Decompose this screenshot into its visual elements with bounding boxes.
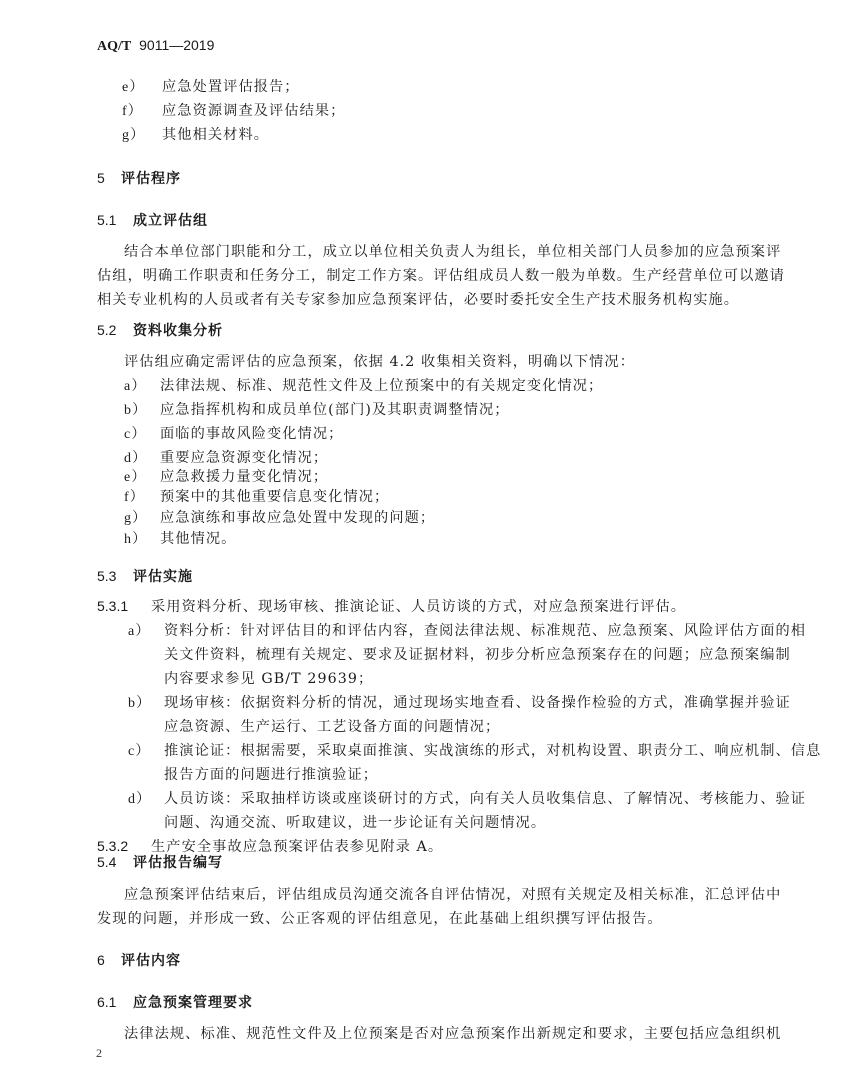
list-item: g）其他相关材料。: [122, 124, 269, 144]
section-heading-5-1: 5.1成立评估组: [97, 210, 208, 230]
list-text: 其他情况。: [160, 531, 236, 547]
section-title: 评估内容: [121, 953, 181, 969]
section-number: 5.2: [97, 322, 133, 338]
list-text: 应急处置评估报告；: [162, 79, 300, 95]
list-label: h）: [124, 528, 160, 548]
list-text: 其他相关材料。: [162, 127, 269, 143]
list-text: 人员访谈：采取抽样访谈或座谈研讨的方式，向有关人员收集信息、了解情况、考核能力、…: [164, 791, 806, 807]
list-label: f）: [122, 100, 162, 120]
list-item: c）面临的事故风险变化情况；: [124, 423, 343, 443]
section-number: 5.4: [97, 854, 133, 870]
list-text-continued: 报告方面的问题进行推演验证；: [164, 764, 378, 784]
clause-text: 采用资料分析、现场审核、推演论证、人员访谈的方式，对应急预案进行评估。: [151, 599, 686, 615]
section-heading-5-4-title: 5.4评估报告编写: [97, 852, 223, 872]
list-label: a）: [128, 620, 164, 640]
section-number: 6.1: [97, 994, 133, 1010]
list-item: d）人员访谈：采取抽样访谈或座谈研讨的方式，向有关人员收集信息、了解情况、考核能…: [128, 788, 806, 808]
list-item: g）应急演练和事故应急处置中发现的问题；: [124, 507, 435, 527]
clause-number: 5.3.1: [97, 598, 151, 614]
section-number: 6: [97, 952, 121, 968]
list-item: b）应急指挥机构和成员单位(部门)及其职责调整情况；: [124, 399, 510, 419]
section-title: 评估实施: [133, 569, 193, 585]
page-number: 2: [96, 1046, 102, 1061]
list-text: 现场审核：依据资料分析的情况，通过现场实地查看、设备操作检验的方式，准确掌握并验…: [164, 695, 791, 711]
list-label: d）: [124, 447, 160, 467]
list-item: e）应急救援力量变化情况；: [124, 466, 328, 486]
list-label: b）: [124, 399, 160, 419]
list-label: c）: [128, 740, 164, 760]
section-title: 成立评估组: [133, 213, 208, 229]
section-title: 评估报告编写: [133, 855, 223, 871]
paragraph-line: 相关专业机构的人员或者有关专家参加应急预案评估，必要时委托安全生产技术服务机构实…: [97, 289, 739, 309]
section-heading-5: 5评估程序: [97, 168, 181, 188]
section-title: 评估程序: [121, 171, 181, 187]
list-label: a）: [124, 375, 160, 395]
standard-number: 9011—2019: [139, 37, 214, 53]
section-heading-5-2: 5.2资料收集分析: [97, 320, 223, 340]
list-label: d）: [128, 788, 164, 808]
list-item: e）应急处置评估报告；: [122, 76, 300, 96]
list-item: d）重要应急资源变化情况；: [124, 447, 328, 467]
list-text-continued: 应急资源、生产运行、工艺设备方面的问题情况；: [164, 716, 500, 736]
list-text: 应急指挥机构和成员单位(部门)及其职责调整情况；: [160, 402, 510, 418]
paragraph-line: 应急预案评估结束后，评估组成员沟通交流各自评估情况，对照有关规定及相关标准，汇总…: [124, 884, 781, 904]
section-title: 应急预案管理要求: [133, 995, 253, 1011]
list-item: b）现场审核：依据资料分析的情况，通过现场实地查看、设备操作检验的方式，准确掌握…: [128, 692, 791, 712]
section-heading-6: 6评估内容: [97, 950, 181, 970]
list-text: 面临的事故风险变化情况；: [160, 426, 343, 442]
paragraph-line: 估组，明确工作职责和任务分工，制定工作方案。评估组成员人数一般为单数。生产经营单…: [97, 265, 785, 285]
section-title: 资料收集分析: [133, 323, 223, 339]
list-text: 法律法规、标准、规范性文件及上位预案中的有关规定变化情况；: [160, 378, 603, 394]
section-heading-5-3: 5.3评估实施: [97, 566, 193, 586]
document-page: AQ/T 9011—2019 e）应急处置评估报告； f）应急资源调查及评估结果…: [0, 0, 850, 1087]
list-label: g）: [122, 124, 162, 144]
list-text-continued: 内容要求参见 GB/T 29639；: [164, 668, 373, 688]
list-item: a）法律法规、标准、规范性文件及上位预案中的有关规定变化情况；: [124, 375, 603, 395]
list-text: 推演论证：根据需要，采取桌面推演、实战演练的形式，对机构设置、职责分工、响应机制…: [164, 743, 821, 759]
list-label: g）: [124, 507, 160, 527]
paragraph-line: 法律法规、标准、规范性文件及上位预案是否对应急预案作出新规定和要求，主要包括应急…: [124, 1023, 781, 1043]
list-text-continued: 问题、沟通交流、听取建议，进一步论证有关问题情况。: [164, 812, 546, 832]
list-text: 应急救援力量变化情况；: [160, 469, 328, 485]
list-label: b）: [128, 692, 164, 712]
list-label: c）: [124, 423, 160, 443]
list-label: f）: [124, 486, 160, 506]
list-item: f）预案中的其他重要信息变化情况；: [124, 486, 389, 506]
list-label: e）: [124, 466, 160, 486]
paragraph-line: 发现的问题，并形成一致、公正客观的评估组意见，在此基础上组织撰写评估报告。: [97, 908, 663, 928]
list-label: e）: [122, 76, 162, 96]
paragraph-line: 评估组应确定需评估的应急预案，依据 4.2 收集相关资料，明确以下情况：: [124, 351, 635, 371]
paragraph-line: 结合本单位部门职能和分工，成立以单位相关负责人为组长，单位相关部门人员参加的应急…: [124, 241, 781, 261]
list-item: c）推演论证：根据需要，采取桌面推演、实战演练的形式，对机构设置、职责分工、响应…: [128, 740, 821, 760]
standard-header: AQ/T 9011—2019: [97, 37, 214, 55]
list-text: 重要应急资源变化情况；: [160, 450, 328, 466]
list-item: a）资料分析：针对评估目的和评估内容，查阅法律法规、标准规范、应急预案、风险评估…: [128, 620, 806, 640]
section-number: 5: [97, 170, 121, 186]
list-item: h）其他情况。: [124, 528, 236, 548]
clause-5-3-1: 5.3.1采用资料分析、现场审核、推演论证、人员访谈的方式，对应急预案进行评估。: [97, 596, 686, 616]
list-text: 资料分析：针对评估目的和评估内容，查阅法律法规、标准规范、应急预案、风险评估方面…: [164, 623, 806, 639]
list-text: 应急演练和事故应急处置中发现的问题；: [160, 510, 435, 526]
section-heading-6-1: 6.1应急预案管理要求: [97, 992, 253, 1012]
list-item: f）应急资源调查及评估结果；: [122, 100, 345, 120]
section-number: 5.3: [97, 568, 133, 584]
list-text-continued: 关文件资料，梳理有关规定、要求及证据材料，初步分析应急预案存在的问题；应急预案编…: [164, 644, 791, 664]
list-text: 应急资源调查及评估结果；: [162, 103, 345, 119]
section-number: 5.1: [97, 212, 133, 228]
list-text: 预案中的其他重要信息变化情况；: [160, 489, 389, 505]
standard-code: AQ/T: [97, 39, 131, 54]
